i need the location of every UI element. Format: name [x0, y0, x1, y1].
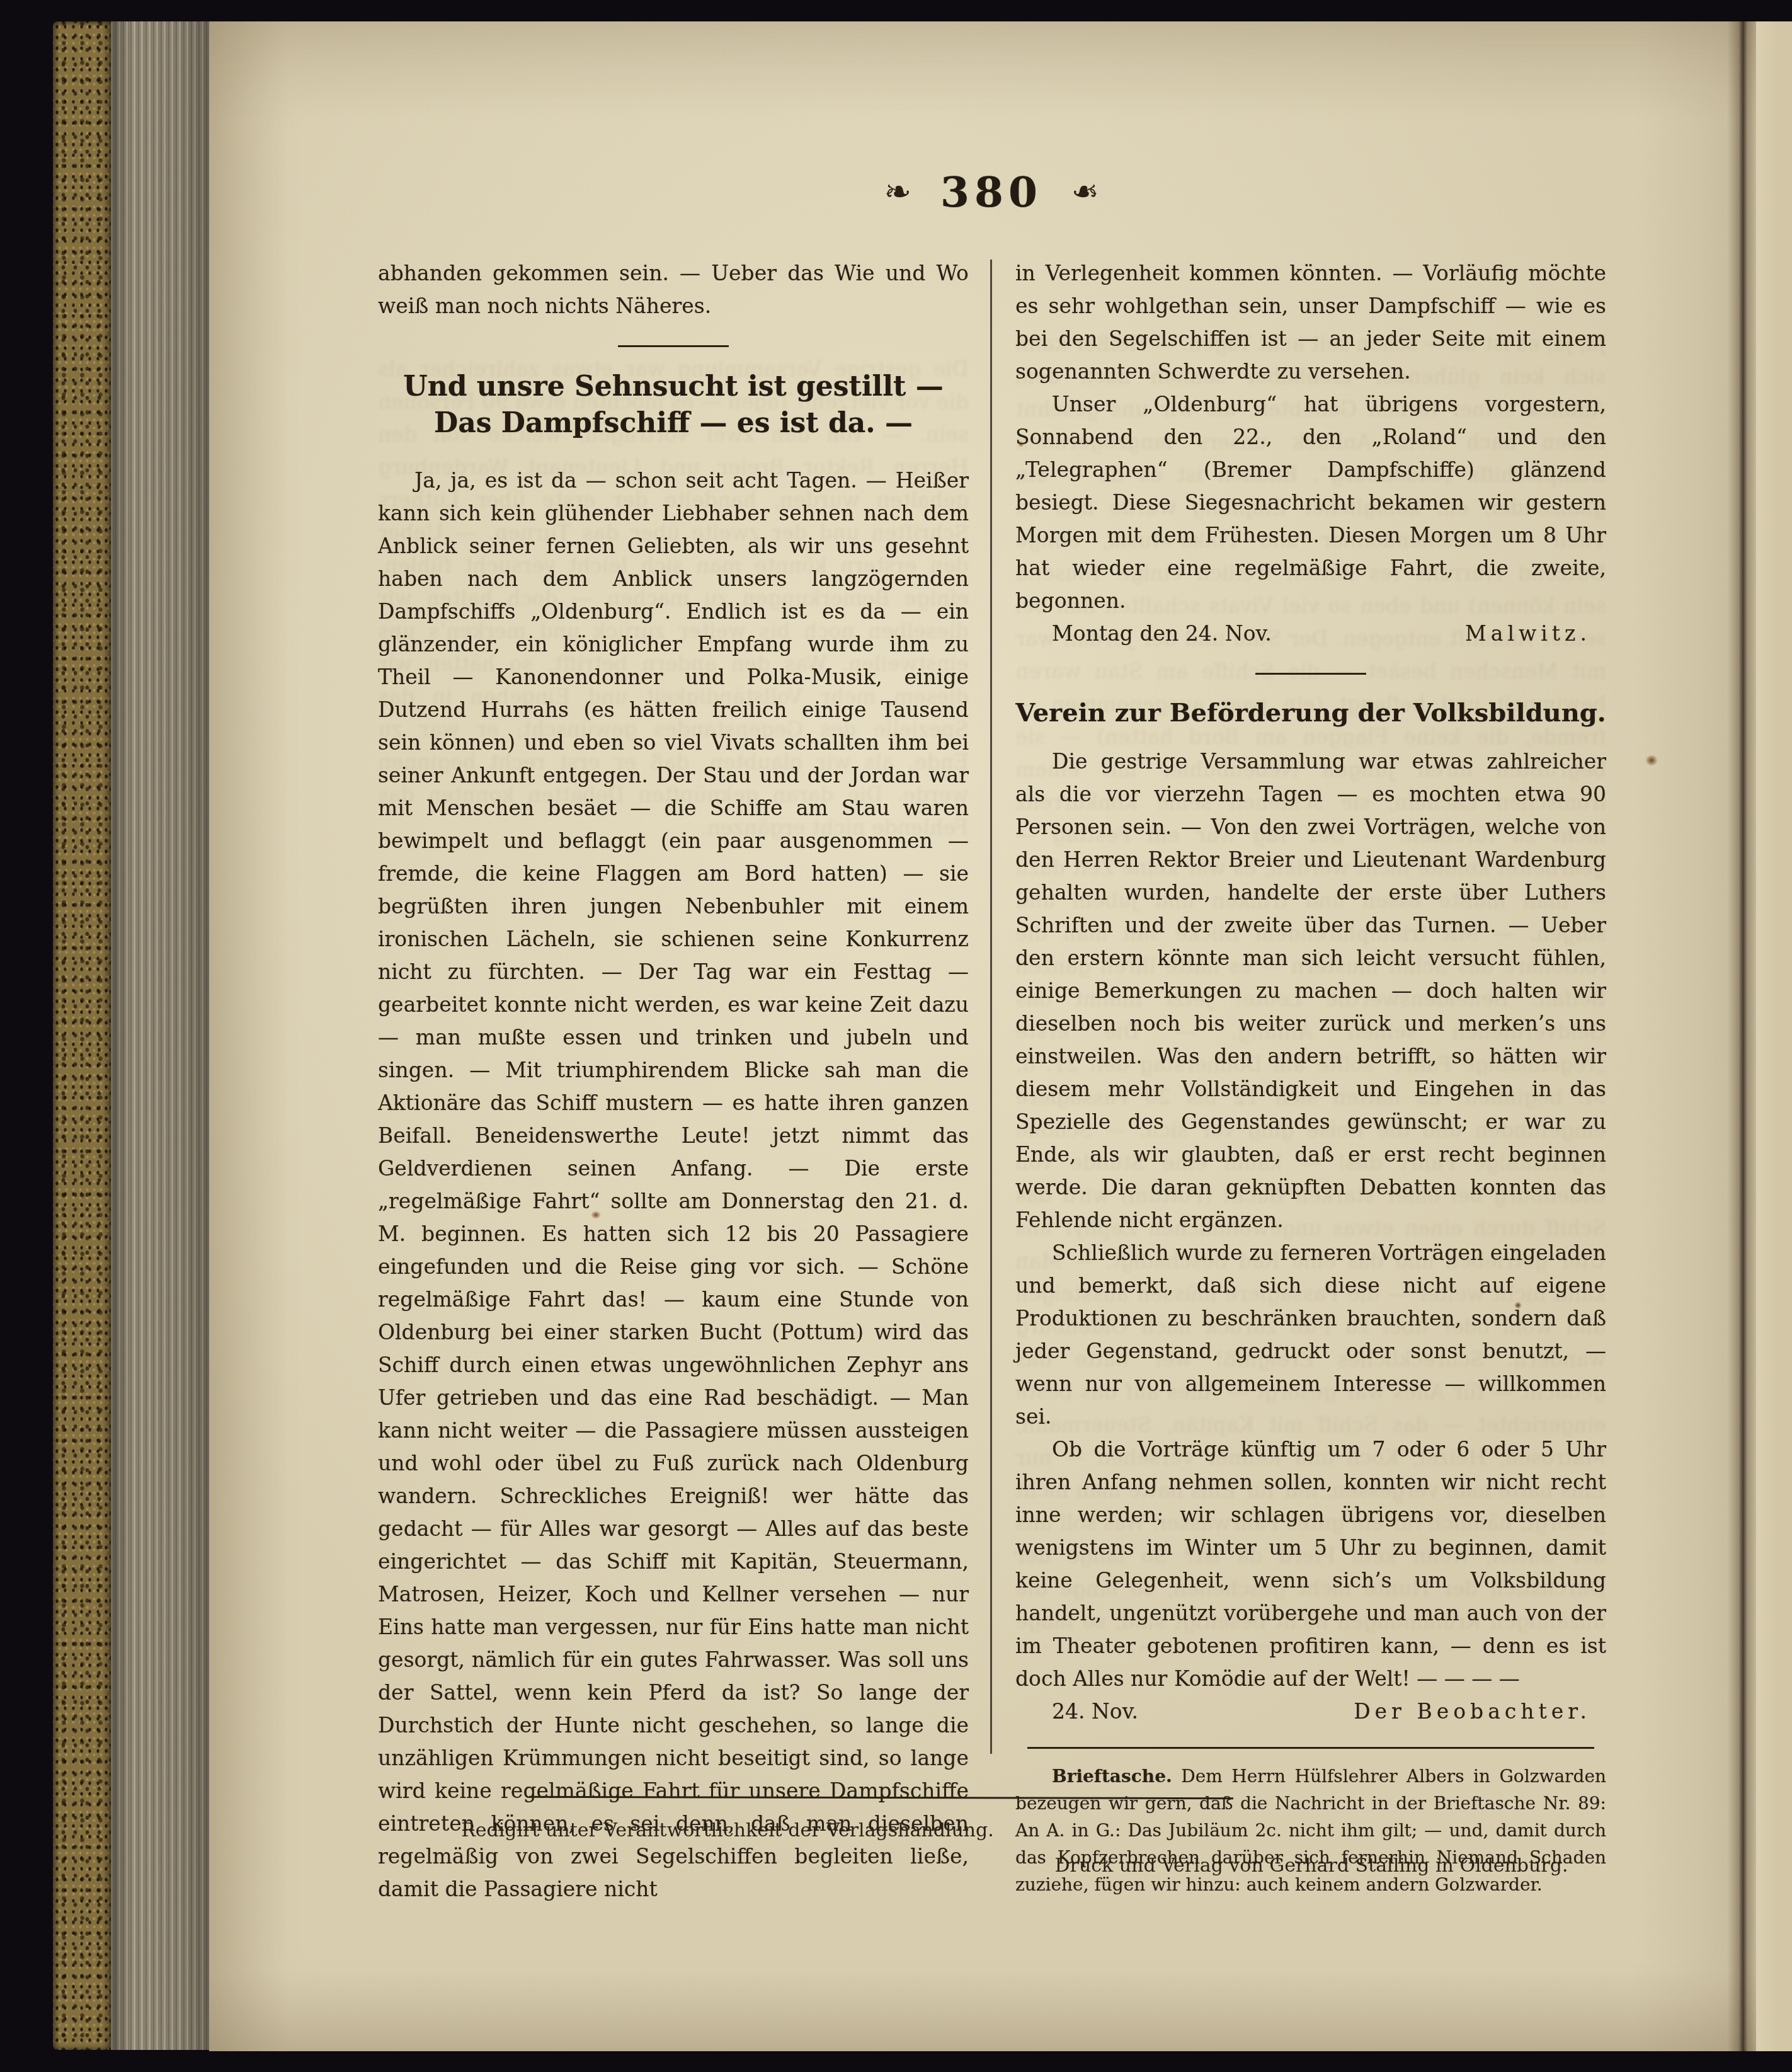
running-head: ❧ 380 ❧	[378, 168, 1605, 217]
dateline-date: Montag den 24. Nov.	[1015, 617, 1272, 650]
article-paragraph: Ob die Vorträge künftig um 7 oder 6 oder…	[1015, 1433, 1606, 1695]
article-body: Ja, ja, es ist da — schon seit acht Tage…	[378, 464, 969, 1906]
oldenburg-paragraph: Unser „Oldenburg“ hat übrigens vorgester…	[1015, 388, 1606, 617]
right-column: in Verlegenheit kommen könnten. — Vorläu…	[1015, 257, 1606, 1898]
dateline-signature: Malwitz.	[1465, 617, 1606, 650]
editorial-imprint: Redigirt unter Verantwortlichkeit der Ve…	[378, 1819, 1077, 1841]
column-divider-rule	[990, 260, 992, 1754]
page-number: 380	[940, 168, 1042, 217]
left-column: abhanden gekommen sein. — Ueber das Wie …	[378, 257, 969, 1906]
section-divider-rule	[1255, 673, 1366, 675]
binding-gutter-shadow	[1727, 21, 1756, 2051]
continuation-paragraph: abhanden gekommen sein. — Ueber das Wie …	[378, 257, 969, 323]
article-paragraph: Die gestrige Versammlung war etwas zahlr…	[1015, 745, 1606, 1237]
section-divider-rule	[618, 345, 729, 347]
book-page-block-edge	[111, 21, 209, 2050]
floral-ornament-right-icon: ❧	[1071, 176, 1099, 209]
article-title: Verein zur Beförderung der Volksbildung.	[1015, 696, 1606, 730]
brieftasche-divider-rule	[1027, 1747, 1594, 1749]
continuation-paragraph: in Verlegenheit kommen könnten. — Vorläu…	[1015, 257, 1606, 388]
dateline-signature: Der Beobachter.	[1354, 1695, 1606, 1728]
dateline: 24. Nov. Der Beobachter.	[1015, 1695, 1606, 1728]
dateline: Montag den 24. Nov. Malwitz.	[1015, 617, 1606, 650]
dateline-date: 24. Nov.	[1015, 1695, 1138, 1728]
article-paragraph: Schließlich wurde zu ferneren Vorträgen …	[1015, 1237, 1606, 1433]
brieftasche-lead: Brieftasche.	[1052, 1766, 1172, 1787]
floral-ornament-left-icon: ❧	[884, 176, 912, 209]
next-page-sliver	[1756, 21, 1792, 2051]
printer-imprint: Druck und Verlag von Gerhard Stalling in…	[1015, 1855, 1607, 1877]
article-title-line2: Das Dampfschiff — es ist da. —	[378, 405, 969, 442]
scanned-book-page: Die gestrige Versammlung war etwas zahlr…	[0, 0, 1792, 2072]
book-cover-marbled-edge	[53, 21, 111, 2050]
brieftasche-notice: Brieftasche. Dem Herrn Hülfslehrer Alber…	[1015, 1763, 1606, 1898]
article-title-line1: Und unsre Sehnsucht ist gestillt —	[378, 369, 969, 405]
